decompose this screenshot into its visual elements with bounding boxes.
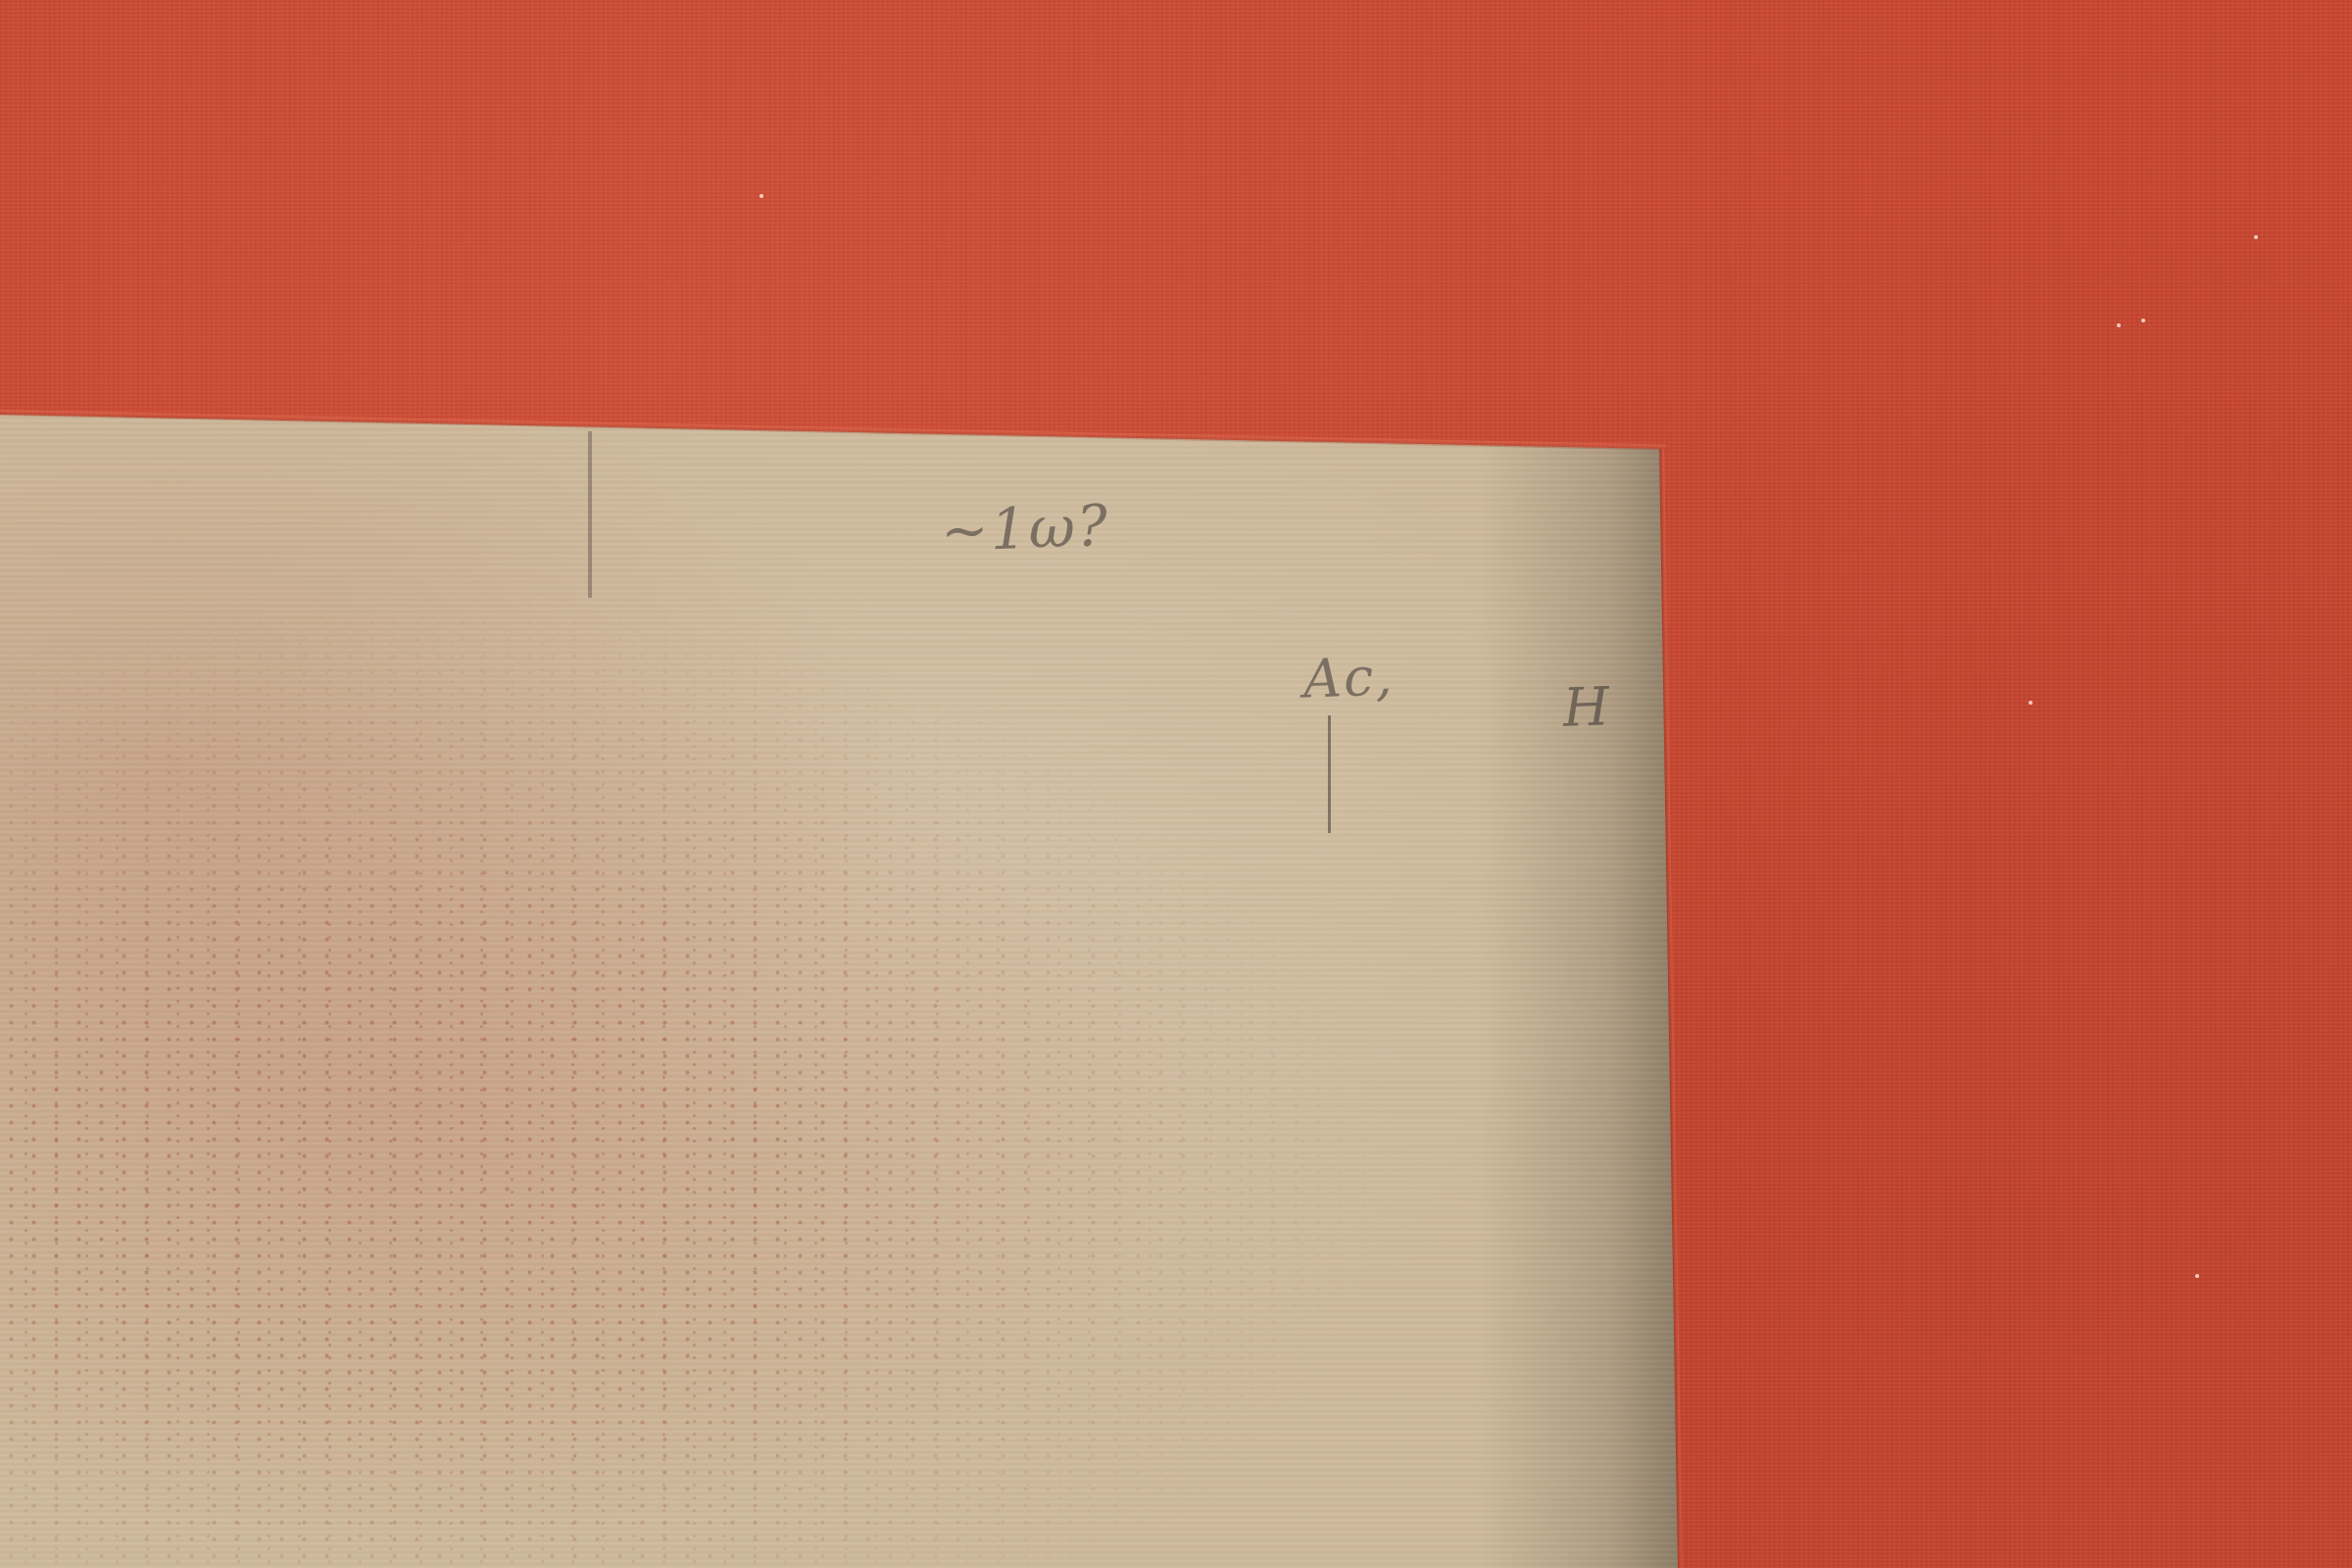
pencil-annotation: Ac, <box>1302 645 1396 710</box>
photo-scene: ~1ω? Ac, H <box>0 0 2352 1568</box>
dust-speck <box>2029 701 2033 705</box>
pencil-stroke <box>1328 715 1331 833</box>
dust-speck <box>2195 1274 2199 1278</box>
dust-speck <box>2117 323 2121 327</box>
dust-speck <box>759 194 763 198</box>
beige-paper-sheet <box>0 415 1678 1568</box>
pencil-annotation: ~1ω? <box>940 492 1110 564</box>
pencil-annotation: H <box>1562 675 1612 739</box>
pencil-stroke <box>588 431 592 598</box>
dust-speck <box>2254 235 2258 239</box>
dust-speck <box>2141 318 2145 322</box>
red-chalk-speckles <box>0 415 1678 1568</box>
